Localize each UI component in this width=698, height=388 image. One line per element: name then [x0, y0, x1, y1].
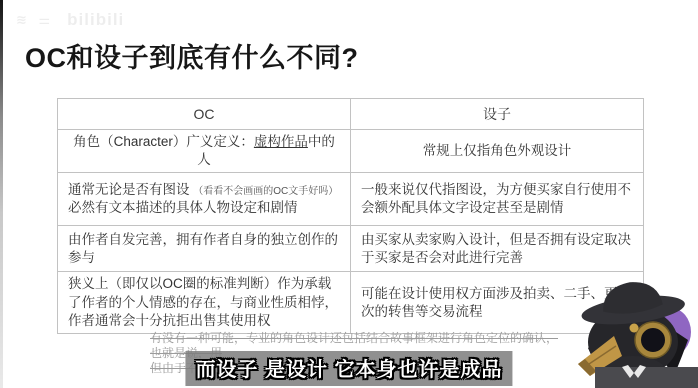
- cell-oc-text-setting: 通常无论是否有图设 （看看不会画画的OC文手好吗） 必然有文本描述的具体人物设定…: [58, 173, 351, 226]
- table-row-commercial: 狭义上（即仅以OC圈的标准判断）作为承载了作者的个人情感的存在，与商业性质相悖，…: [58, 272, 644, 334]
- cell-oc-ownership: 由作者自发完善，拥有作者自身的独立创作的参与: [58, 226, 351, 272]
- comparison-table: OC 设子 角色（Character）广义定义：虚构作品中的人 常规上仅指角色外…: [57, 98, 644, 334]
- mascot-board: [595, 367, 698, 388]
- video-frame: { "watermark": { "glyphs": "≋ ⚌", "logo"…: [0, 0, 698, 388]
- video-subtitle: 而设子 是设计 它本身也许是成品: [185, 351, 512, 386]
- oc-text-setting-note: （看看不会画画的OC文手好吗）: [193, 186, 338, 197]
- oc-definition-underlined: 虚构作品: [254, 134, 308, 149]
- mascot-goggle-hinge: [630, 324, 639, 333]
- table-row-definition: 角色（Character）广义定义：虚构作品中的人 常规上仅指角色外观设计: [58, 130, 644, 173]
- oc-text-setting-line2: 必然有文本描述的具体人物设定和剧情: [68, 200, 298, 215]
- plague-doctor-mascot: [570, 270, 698, 388]
- bilibili-logo: bilibili: [67, 10, 124, 30]
- cell-shezi-ownership: 由买家从卖家购入设计，但是否拥有设定取决于买家是否会对此进行完善: [351, 226, 644, 272]
- table-row-text-setting: 通常无论是否有图设 （看看不会画画的OC文手好吗） 必然有文本描述的具体人物设定…: [58, 173, 644, 226]
- cell-shezi-definition: 常规上仅指角色外观设计: [351, 130, 644, 173]
- watermark-glyphs-icon: ≋ ⚌: [16, 12, 54, 28]
- video-edge-artifact: [0, 0, 3, 388]
- cell-shezi-text-setting: 一般来说仅代指图设，为方便买家自行使用不会额外配具体文字设定甚至是剧情: [351, 173, 644, 226]
- cell-oc-definition: 角色（Character）广义定义：虚构作品中的人: [58, 130, 351, 173]
- strikethrough-note-line1: 有没有一种可能，专业的角色设计还包括结合故事框架进行角色定位的确认，: [150, 331, 558, 346]
- oc-text-setting-main: 通常无论是否有图设: [68, 182, 193, 197]
- slide-title: OC和设子到底有什么不同?: [25, 36, 359, 75]
- table-header-shezi: 设子: [351, 99, 644, 130]
- watermark: ≋ ⚌ bilibili: [16, 10, 124, 30]
- table-row-ownership: 由作者自发完善，拥有作者自身的独立创作的参与 由买家从卖家购入设计，但是否拥有设…: [58, 226, 644, 272]
- table-header-row: OC 设子: [58, 99, 644, 130]
- table-header-oc: OC: [58, 99, 351, 130]
- cell-oc-commercial: 狭义上（即仅以OC圈的标准判断）作为承载了作者的个人情感的存在，与商业性质相悖，…: [58, 272, 351, 334]
- oc-definition-prefix: 角色（Character）广义定义：: [73, 134, 254, 149]
- mascot-goggle-lens: [638, 325, 668, 355]
